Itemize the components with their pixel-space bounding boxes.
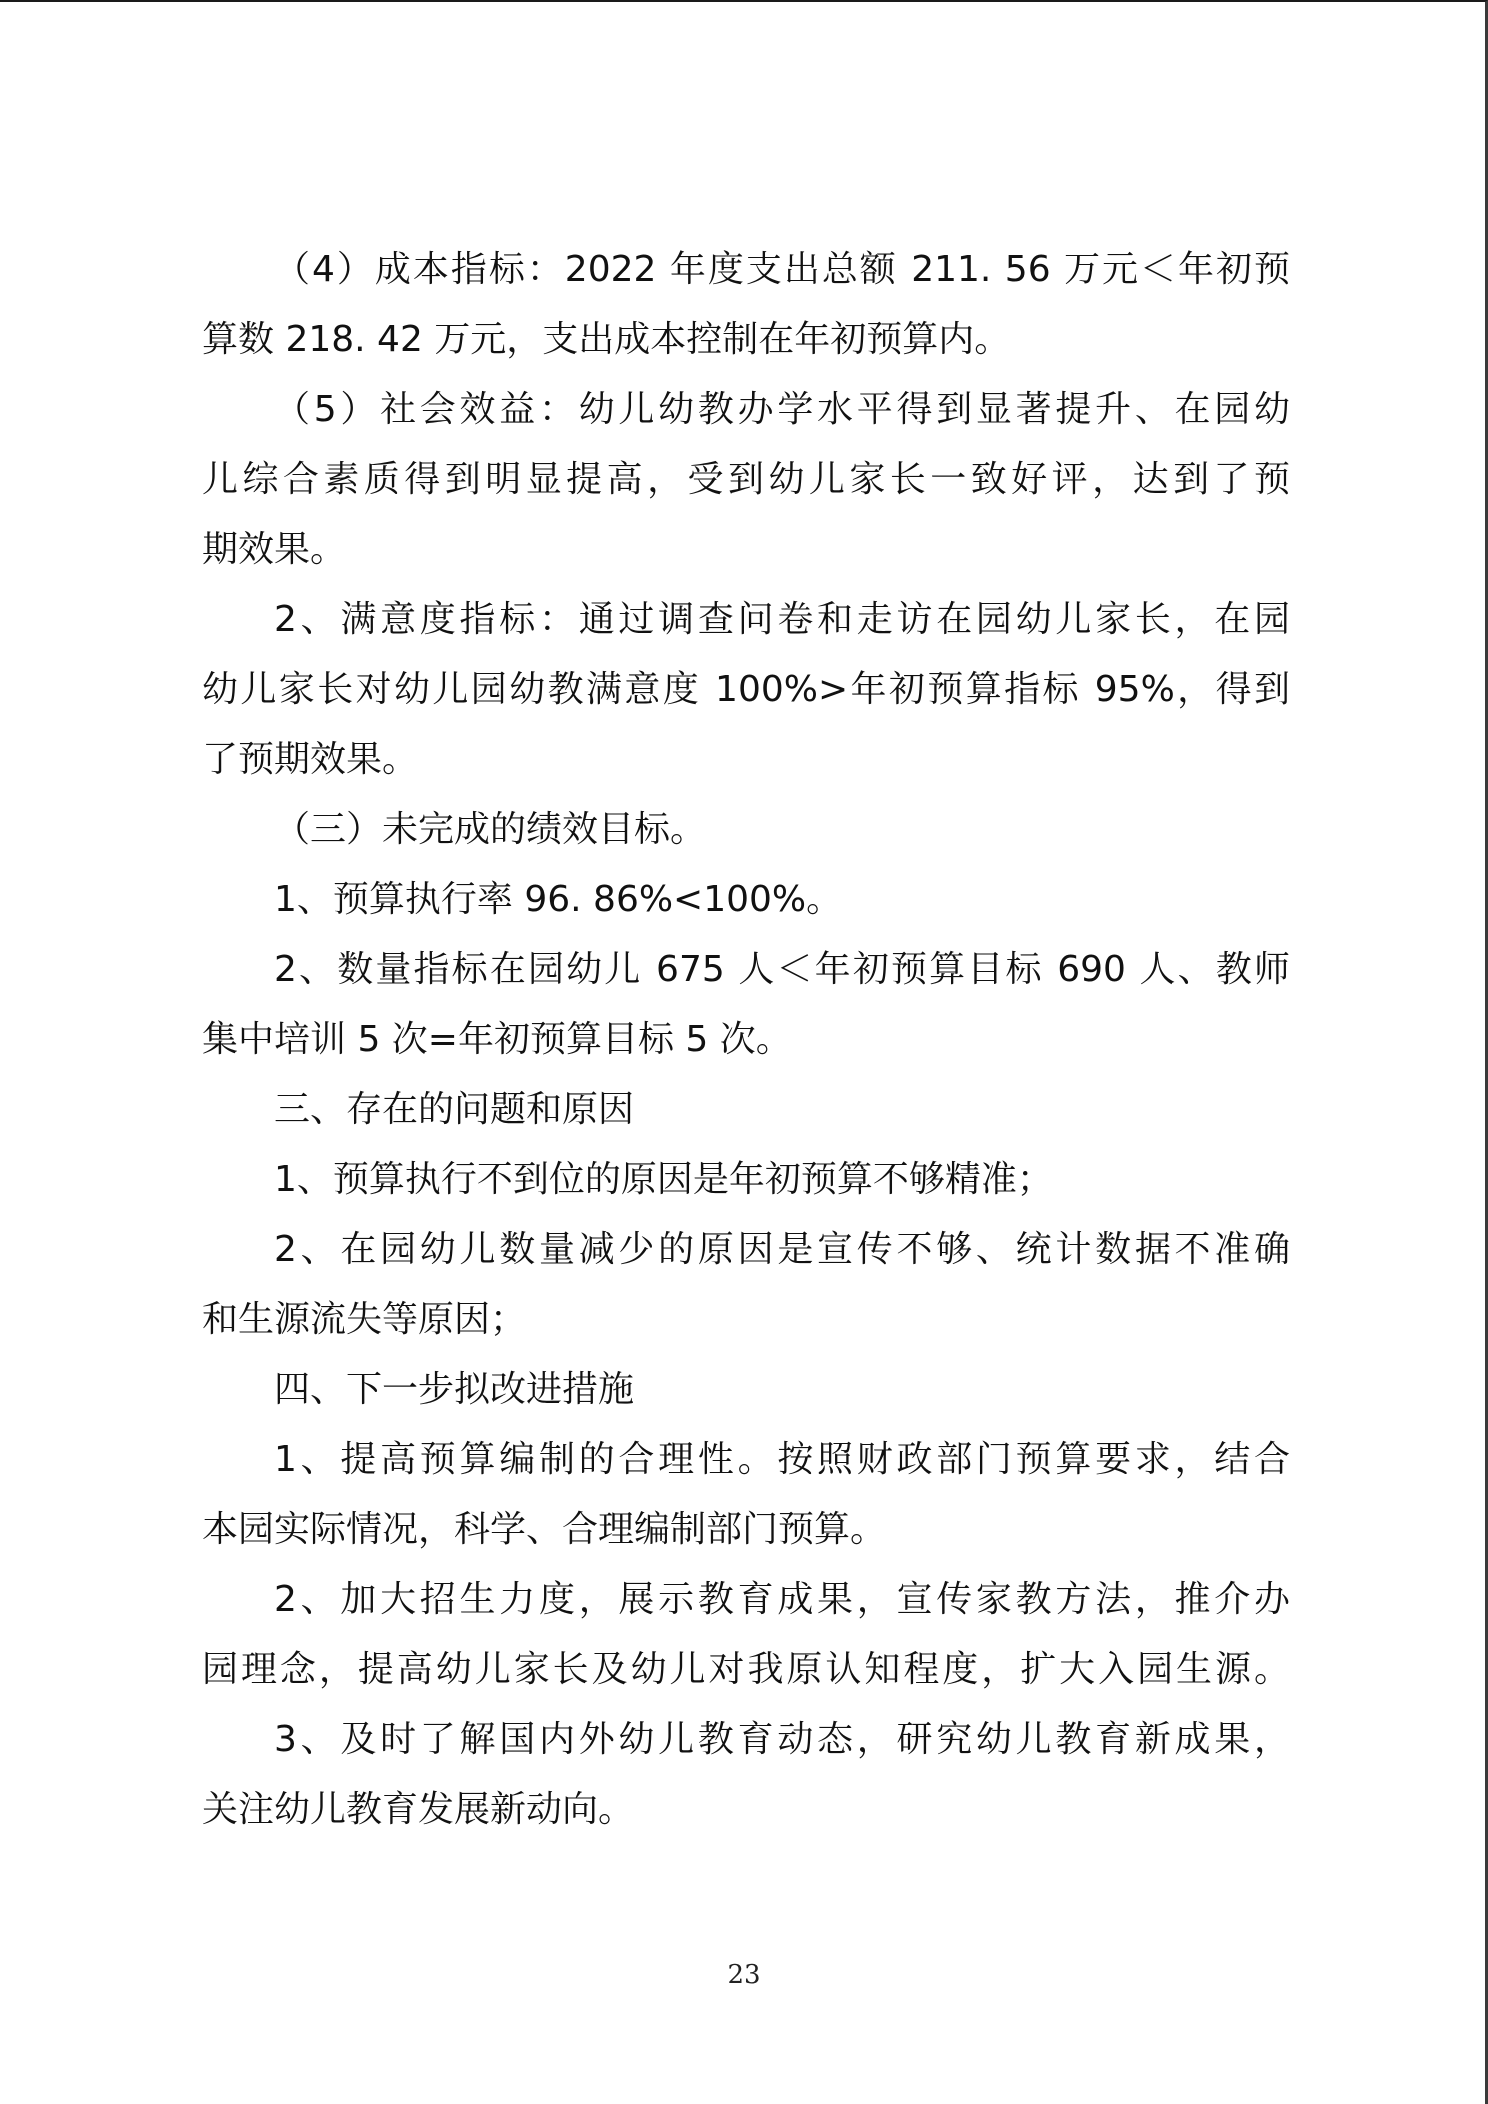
text-line: 算数 218. 42 万元，支出成本控制在年初预算内。 [202,305,1290,375]
paragraph-satisfaction-indicator: 2、满意度指标：通过调查问卷和走访在园幼儿家长，在园 幼儿家长对幼儿园幼教满意度… [202,585,1290,795]
section-heading: 四、下一步拟改进措施 [202,1355,1290,1425]
paragraph-problem-1: 1、预算执行不到位的原因是年初预算不够精准； [202,1145,1290,1215]
text-line: 2、加大招生力度，展示教育成果，宣传家教方法，推介办 [202,1565,1290,1635]
heading-problems: 三、存在的问题和原因 [202,1075,1290,1145]
text-line: 1、提高预算编制的合理性。按照财政部门预算要求，结合 [202,1425,1290,1495]
text-line: 和生源流失等原因； [202,1285,1290,1355]
section-heading: （三）未完成的绩效目标。 [202,795,1290,865]
document-page: （4）成本指标：2022 年度支出总额 211. 56 万元＜年初预 算数 21… [0,0,1488,2104]
text-line: 1、预算执行不到位的原因是年初预算不够精准； [202,1145,1290,1215]
heading-unmet-goals: （三）未完成的绩效目标。 [202,795,1290,865]
paragraph-cost-indicator: （4）成本指标：2022 年度支出总额 211. 56 万元＜年初预 算数 21… [202,235,1290,375]
text-line: 2、在园幼儿数量减少的原因是宣传不够、统计数据不准确 [202,1215,1290,1285]
heading-improvements: 四、下一步拟改进措施 [202,1355,1290,1425]
text-line: （5）社会效益：幼儿幼教办学水平得到显著提升、在园幼 [202,375,1290,445]
text-line: 3、及时了解国内外幼儿教育动态，研究幼儿教育新成果， [202,1705,1290,1775]
paragraph-unmet-goal-1: 1、预算执行率 96. 86%<100%。 [202,865,1290,935]
paragraph-improvement-2: 2、加大招生力度，展示教育成果，宣传家教方法，推介办 园理念，提高幼儿家长及幼儿… [202,1565,1290,1705]
paragraph-improvement-3: 3、及时了解国内外幼儿教育动态，研究幼儿教育新成果， 关注幼儿教育发展新动向。 [202,1705,1290,1845]
document-body: （4）成本指标：2022 年度支出总额 211. 56 万元＜年初预 算数 21… [202,235,1290,1845]
text-line: 集中培训 5 次=年初预算目标 5 次。 [202,1005,1290,1075]
text-line: 2、满意度指标：通过调查问卷和走访在园幼儿家长，在园 [202,585,1290,655]
text-line: 了预期效果。 [202,725,1290,795]
text-line: 本园实际情况，科学、合理编制部门预算。 [202,1495,1290,1565]
text-line: 关注幼儿教育发展新动向。 [202,1775,1290,1845]
paragraph-unmet-goal-2: 2、数量指标在园幼儿 675 人＜年初预算目标 690 人、教师 集中培训 5 … [202,935,1290,1075]
text-line: 1、预算执行率 96. 86%<100%。 [202,865,1290,935]
paragraph-improvement-1: 1、提高预算编制的合理性。按照财政部门预算要求，结合 本园实际情况，科学、合理编… [202,1425,1290,1565]
text-line: 幼儿家长对幼儿园幼教满意度 100%>年初预算指标 95%，得到 [202,655,1290,725]
paragraph-problem-2: 2、在园幼儿数量减少的原因是宣传不够、统计数据不准确 和生源流失等原因； [202,1215,1290,1355]
paragraph-social-benefit: （5）社会效益：幼儿幼教办学水平得到显著提升、在园幼 儿综合素质得到明显提高，受… [202,375,1290,585]
section-heading: 三、存在的问题和原因 [202,1075,1290,1145]
text-line: 园理念，提高幼儿家长及幼儿对我原认知程度，扩大入园生源。 [202,1635,1290,1705]
text-line: （4）成本指标：2022 年度支出总额 211. 56 万元＜年初预 [202,235,1290,305]
text-line: 儿综合素质得到明显提高，受到幼儿家长一致好评，达到了预 [202,445,1290,515]
text-line: 期效果。 [202,515,1290,585]
page-number: 23 [0,1960,1488,1990]
text-line: 2、数量指标在园幼儿 675 人＜年初预算目标 690 人、教师 [202,935,1290,1005]
